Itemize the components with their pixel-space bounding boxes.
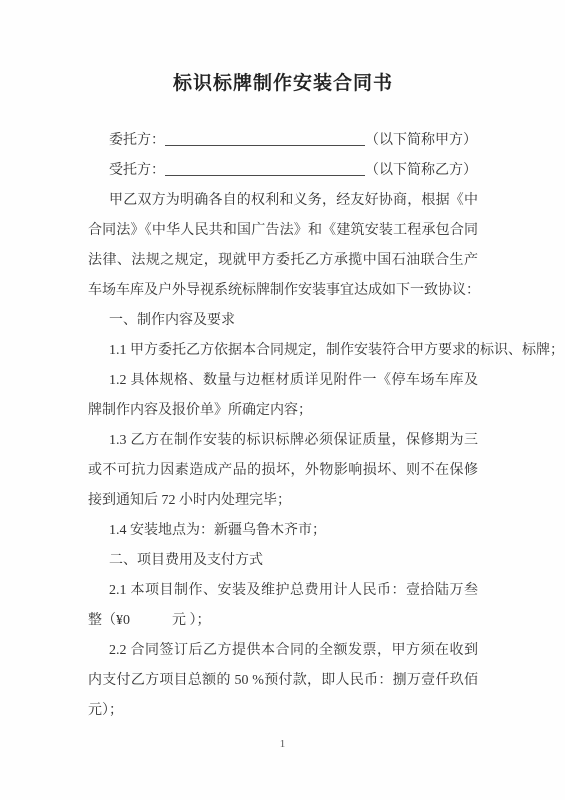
text-line: 1.3 乙方在制作安装的标识标牌必须保证质量，保修期为三年（因人为因素	[88, 426, 478, 456]
document-title: 标识标牌制作安装合同书	[88, 70, 478, 98]
party-trustee-name-blank	[165, 160, 365, 176]
text-line: 接到通知后 72 小时内处理完毕；	[88, 486, 478, 516]
contract-document-page: 标识标牌制作安装合同书 委托方：（以下简称甲方） 受托方：（以下简称乙方） 甲乙…	[0, 0, 565, 800]
party-principal-label: 委托方：	[109, 133, 165, 148]
clause-2-1: 2.1 本项目制作、安装及维护总费用计人民币：壹拾陆万叁仟玖佰叁拾捌元 整（¥0…	[88, 576, 478, 636]
party-principal-suffix: （以下简称甲方）	[365, 133, 477, 148]
paragraph-preamble: 甲乙双方为明确各自的权利和义务，经友好协商，根据《中华人民共和国 合同法》《中华…	[88, 186, 478, 306]
text-line: 2.1 本项目制作、安装及维护总费用计人民币：壹拾陆万叁仟玖佰叁拾捌元	[88, 576, 478, 606]
clause-1-1: 1.1 甲方委托乙方依据本合同规定，制作安装符合甲方要求的标识、标牌；	[88, 336, 478, 366]
section-heading-text: 二、项目费用及支付方式	[88, 546, 478, 576]
party-principal-name-blank	[165, 130, 365, 146]
clause-2-2: 2.2 合同签订后乙方提供本合同的全额发票，甲方须在收到发票五个工作日 内支付乙…	[88, 636, 478, 726]
party-line-principal: 委托方：（以下简称甲方）	[88, 126, 478, 156]
section-2-heading: 二、项目费用及支付方式	[88, 546, 478, 576]
clause-1-3: 1.3 乙方在制作安装的标识标牌必须保证质量，保修期为三年（因人为因素 或不可抗…	[88, 426, 478, 516]
text-line: 元）；	[88, 696, 478, 726]
document-content: 标识标牌制作安装合同书 委托方：（以下简称甲方） 受托方：（以下简称乙方） 甲乙…	[88, 70, 478, 726]
text-line: 法律、法规之规定，现就甲方委托乙方承揽中国石油联合生产指挥中心基地停	[88, 246, 478, 276]
text-line: 1.2 具体规格、数量与边框材质详见附件一《停车场车库及户外导视系统标	[88, 366, 478, 396]
party-line-trustee: 受托方：（以下简称乙方）	[88, 156, 478, 186]
text-line: 内支付乙方项目总额的 50 %预付款，即人民币：捌万壹仟玖佰陆拾玖元整（¥	[88, 666, 478, 696]
clause-1-2: 1.2 具体规格、数量与边框材质详见附件一《停车场车库及户外导视系统标 牌制作内…	[88, 366, 478, 426]
text-line: 合同法》《中华人民共和国广告法》和《建筑安装工程承包合同条例》及其他	[88, 216, 478, 246]
party-trustee-label: 受托方：	[109, 163, 165, 178]
clause-1-4: 1.4 安装地点为：新疆乌鲁木齐市；	[88, 516, 478, 546]
party-trustee-suffix: （以下简称乙方）	[365, 163, 477, 178]
section-1-heading: 一、制作内容及要求	[88, 306, 478, 336]
text-line: 牌制作内容及报价单》所确定内容；	[88, 396, 478, 426]
page-number: 1	[0, 736, 565, 752]
text-line: 或不可抗力因素造成产品的损坏，外物影响损坏、则不在保修范围内）。乙方在	[88, 456, 478, 486]
text-line: 整（¥0 元 ）；	[88, 606, 478, 636]
section-heading-text: 一、制作内容及要求	[88, 306, 478, 336]
text-line: 2.2 合同签订后乙方提供本合同的全额发票，甲方须在收到发票五个工作日	[88, 636, 478, 666]
text-line: 1.1 甲方委托乙方依据本合同规定，制作安装符合甲方要求的标识、标牌；	[88, 336, 478, 366]
text-line: 车场车库及户外导视系统标牌制作安装事宜达成如下一致协议：	[88, 276, 478, 306]
text-line: 1.4 安装地点为：新疆乌鲁木齐市；	[88, 516, 478, 546]
text-line: 甲乙双方为明确各自的权利和义务，经友好协商，根据《中华人民共和国	[88, 186, 478, 216]
